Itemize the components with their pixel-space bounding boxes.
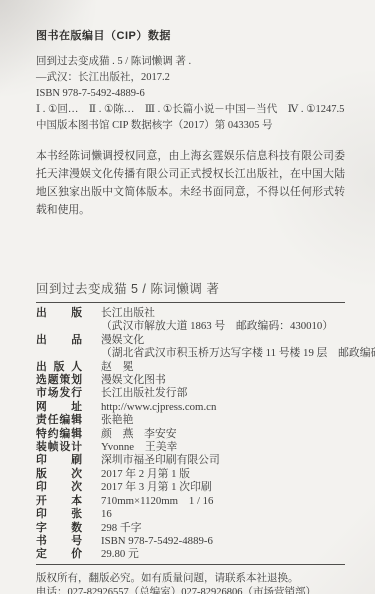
colophon-value: 298 千字 — [101, 522, 142, 535]
cip-line: ISBN 978-7-5492-4889-6 — [36, 86, 345, 102]
book-title: 回到过去变成猫 5 / 陈词懒调 著 — [36, 279, 345, 297]
colophon-value: Yvonne 王美幸 — [101, 441, 177, 454]
colophon-row: 印次 2017 年 3 月第 1 次印刷 — [36, 481, 345, 494]
colophon-table: 出版 长江出版社 （武汉市解放大道 1863 号 邮政编码：430010） 出品… — [36, 303, 345, 564]
contact-phone: 电话：027-82926557（总编室）027-82926806（市场营销部） — [36, 586, 345, 594]
colophon-row: 印刷 深圳市福圣印刷有限公司 — [36, 454, 345, 467]
colophon-value: 16 — [101, 508, 112, 521]
cip-lines: 回到过去变成猫 . 5 / 陈词懒调 著 . —武汉：长江出版社，2017.2 … — [36, 54, 345, 134]
cip-section: 图书在版编目（CIP）数据 回到过去变成猫 . 5 / 陈词懒调 著 . —武汉… — [36, 27, 345, 134]
colophon-label: 责任编辑 — [36, 414, 82, 427]
colophon-value: 漫娱文化 — [101, 334, 144, 347]
cip-line: 中国版本图书馆 CIP 数据核字（2017）第 043305 号 — [36, 118, 345, 134]
colophon-value: 29.80 元 — [101, 548, 139, 561]
colophon-value: 长江出版社发行部 — [101, 387, 187, 400]
colophon-label: 选题策划 — [36, 374, 82, 387]
colophon-value: 漫娱文化图书 — [101, 374, 166, 387]
colophon-row: 字数 298 千字 — [36, 522, 345, 535]
colophon-value: ISBN 978-7-5492-4889-6 — [101, 535, 213, 548]
colophon-value: 2017 年 3 月第 1 次印刷 — [101, 481, 212, 494]
colophon-row: 装帧设计 Yvonne 王美幸 — [36, 441, 345, 454]
colophon-row: 责任编辑 张艳艳 — [36, 414, 345, 427]
colophon-label: 网址 — [36, 401, 82, 414]
colophon-label: 市场发行 — [36, 387, 82, 400]
colophon-row: 版次 2017 年 2 月第 1 版 — [36, 468, 345, 481]
colophon-row: 书号 ISBN 978-7-5492-4889-6 — [36, 535, 345, 548]
colophon-label-spacer — [36, 320, 82, 333]
colophon-row: 出版人 赵 冕 — [36, 361, 345, 374]
colophon-label-spacer — [36, 347, 82, 360]
colophon-row: 出品 漫娱文化 — [36, 334, 345, 347]
colophon-value: 张艳艳 — [101, 414, 133, 427]
colophon-row: 出版 长江出版社 — [36, 307, 345, 320]
cip-line: 回到过去变成猫 . 5 / 陈词懒调 著 . — [36, 54, 345, 70]
colophon-note: （武汉市解放大道 1863 号 邮政编码：430010） — [101, 320, 333, 333]
colophon-row: 特约编辑 颜 燕 李安安 — [36, 428, 345, 441]
colophon-label: 书号 — [36, 535, 82, 548]
colophon-row: 网址 http://www.cjpress.com.cn — [36, 401, 345, 414]
book-copyright-page: 图书在版编目（CIP）数据 回到过去变成猫 . 5 / 陈词懒调 著 . —武汉… — [0, 0, 375, 594]
colophon-value: 赵 冕 — [101, 361, 133, 374]
colophon-label: 定价 — [36, 548, 82, 561]
copyright-notice: 版权所有，翻版必究。如有质量问题，请联系本社退换。 — [36, 572, 345, 587]
colophon-row: 选题策划 漫娱文化图书 — [36, 374, 345, 387]
colophon-label: 印张 — [36, 508, 82, 521]
colophon-value: 长江出版社 — [101, 307, 155, 320]
colophon-value: 颜 燕 李安安 — [101, 428, 177, 441]
cip-line: Ⅰ . ①回… Ⅱ . ①陈… Ⅲ . ①长篇小说－中国－当代 Ⅳ . ①124… — [36, 102, 345, 118]
colophon-value: http://www.cjpress.com.cn — [101, 401, 216, 414]
colophon-row: 印张 16 — [36, 508, 345, 521]
colophon-label: 装帧设计 — [36, 441, 82, 454]
colophon-label: 开本 — [36, 495, 82, 508]
colophon-note-row: （湖北省武汉市积玉桥万达写字楼 11 号楼 19 层 邮政编码：430060） — [36, 347, 345, 360]
colophon-value: 710mm×1120mm 1 / 16 — [101, 495, 213, 508]
colophon-row: 市场发行 长江出版社发行部 — [36, 387, 345, 400]
colophon-section: 回到过去变成猫 5 / 陈词懒调 著 出版 长江出版社 （武汉市解放大道 186… — [36, 279, 345, 565]
colophon-label: 出品 — [36, 334, 82, 347]
colophon-label: 出版人 — [36, 361, 82, 374]
colophon-note-row: （武汉市解放大道 1863 号 邮政编码：430010） — [36, 320, 345, 333]
cip-heading: 图书在版编目（CIP）数据 — [36, 27, 345, 43]
colophon-value: 2017 年 2 月第 1 版 — [101, 468, 190, 481]
authorization-paragraph: 本书经陈词懒调授权同意，由上海玄霆娱乐信息科技有限公司委托天津漫娱文化传播有限公… — [36, 147, 345, 219]
colophon-label: 特约编辑 — [36, 428, 82, 441]
colophon-label: 印次 — [36, 481, 82, 494]
colophon-label: 字数 — [36, 522, 82, 535]
colophon-value: 深圳市福圣印刷有限公司 — [101, 454, 220, 467]
colophon-label: 印刷 — [36, 454, 82, 467]
footer: 版权所有，翻版必究。如有质量问题，请联系本社退换。 电话：027-8292655… — [36, 572, 345, 594]
divider-bottom — [36, 564, 345, 565]
colophon-note: （湖北省武汉市积玉桥万达写字楼 11 号楼 19 层 邮政编码：430060） — [101, 347, 375, 360]
colophon-label: 出版 — [36, 307, 82, 320]
cip-line: —武汉：长江出版社，2017.2 — [36, 70, 345, 86]
colophon-row: 定价 29.80 元 — [36, 548, 345, 561]
colophon-label: 版次 — [36, 468, 82, 481]
colophon-row: 开本 710mm×1120mm 1 / 16 — [36, 495, 345, 508]
